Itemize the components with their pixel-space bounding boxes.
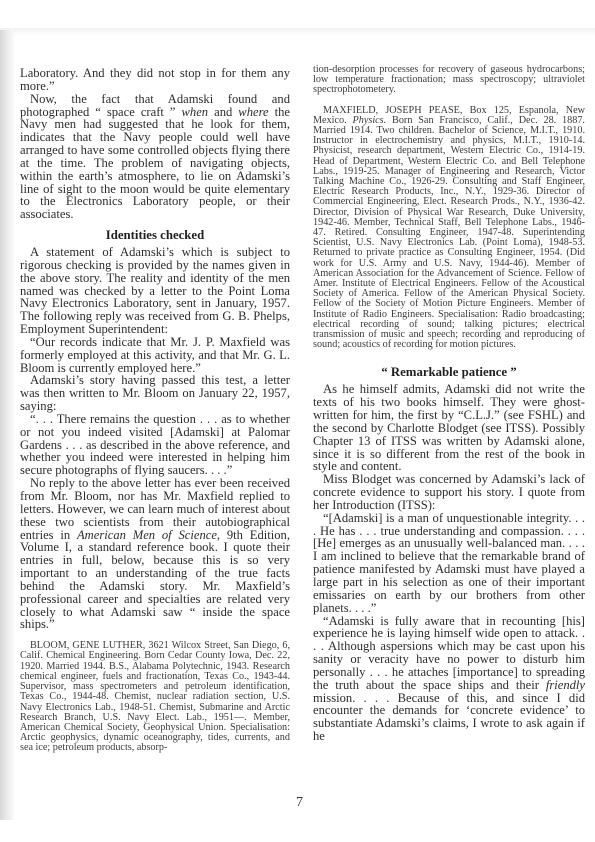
quote-aware: “Adamski is fully aware that in recounti…	[313, 615, 585, 743]
page-number: 7	[296, 795, 303, 811]
heading-remarkable-patience: “ Remarkable patience ”	[313, 366, 585, 379]
text-span: “Adamski is fully aware that in recounti…	[313, 614, 585, 692]
entry-maxfield: MAXFIELD, JOSEPH PEASE, Box 125, Espanol…	[313, 106, 585, 351]
paragraph-statement: A statement of Adamski’s which is subjec…	[20, 246, 290, 336]
quote-question: “. . . There remains the question . . . …	[20, 413, 290, 477]
left-column: Laboratory. And they did not stop in for…	[20, 67, 290, 754]
quote-records: “Our records indicate that Mr. J. P. Max…	[20, 336, 290, 375]
right-column: tion-desorption processes for recovery o…	[313, 65, 585, 743]
text-span: , 9th Edition, Volume I, a standard refe…	[20, 528, 290, 632]
entry-bloom: BLOOM, GENE LUTHER, 3621 Wilcox Street, …	[20, 641, 290, 753]
text-span: the Navy men had suggested that he look …	[20, 105, 290, 222]
quote-integrity: “[Adamski] is a man of unquestionable in…	[313, 512, 585, 615]
paragraph-space-craft: Now, the fact that Adamski found and pho…	[20, 93, 290, 221]
heading-identities-checked: Identities checked	[20, 229, 290, 242]
spacer	[313, 350, 585, 358]
paragraph-letter-bloom: Adamski’s story having passed this test,…	[20, 374, 290, 413]
entry-bloom-continued: tion-desorption processes for recovery o…	[313, 65, 585, 96]
page-edge	[0, 30, 14, 820]
paragraph-ghost-written: As he himself admits, Adamski did not wr…	[313, 383, 585, 473]
text-span: mission. . . . Because of this, and sinc…	[313, 691, 585, 744]
paragraph-no-reply: No reply to the above letter has ever be…	[20, 477, 290, 631]
page-top-shadow	[0, 28, 595, 36]
paragraph-blodget: Miss Blodget was concerned by Adamski’s …	[313, 473, 585, 512]
text-span: Born San Francisco, Calif., Dec. 28. 188…	[313, 115, 585, 350]
paragraph-laboratory: Laboratory. And they did not stop in for…	[20, 67, 290, 93]
